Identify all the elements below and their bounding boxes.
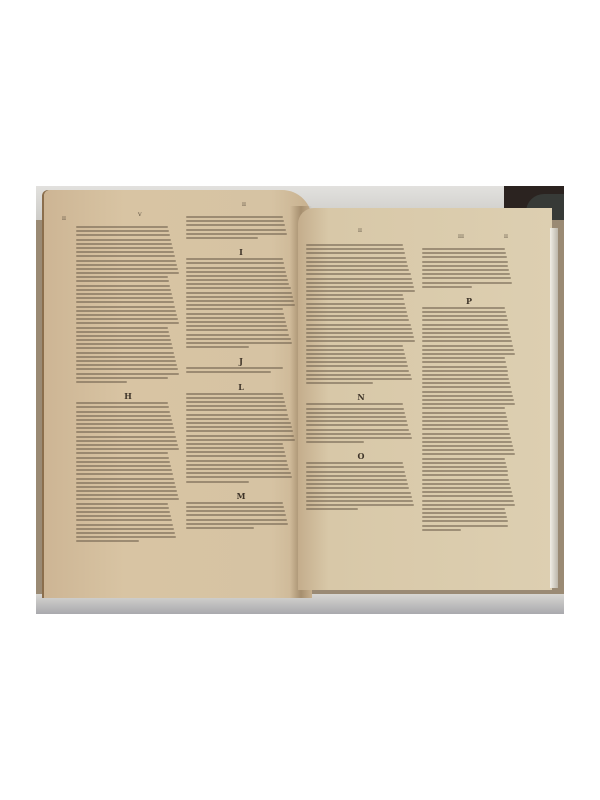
text-line bbox=[186, 510, 285, 512]
text-line bbox=[186, 476, 292, 478]
text-line bbox=[422, 487, 511, 489]
text-line bbox=[76, 431, 175, 433]
text-line bbox=[76, 243, 172, 245]
text-line bbox=[422, 479, 509, 481]
text-line bbox=[186, 283, 289, 285]
section-letter: P bbox=[422, 296, 516, 307]
text-line bbox=[306, 492, 411, 494]
text-line bbox=[186, 455, 286, 457]
text-line bbox=[76, 322, 179, 324]
text-line bbox=[306, 324, 411, 326]
text-line bbox=[76, 423, 173, 425]
text-line bbox=[186, 519, 287, 521]
text-line bbox=[306, 508, 358, 510]
text-line bbox=[186, 422, 291, 424]
text-line bbox=[76, 364, 177, 366]
text-line bbox=[186, 451, 285, 453]
text-line bbox=[186, 447, 284, 449]
text-line bbox=[422, 265, 508, 267]
text-line bbox=[422, 449, 514, 451]
text-line bbox=[306, 261, 407, 263]
text-line bbox=[422, 504, 515, 506]
text-line bbox=[186, 414, 288, 416]
text-line bbox=[186, 418, 289, 420]
text-line bbox=[422, 495, 513, 497]
section-letter: L bbox=[186, 382, 296, 393]
text-line bbox=[76, 368, 178, 370]
text-line bbox=[76, 306, 175, 308]
text-line bbox=[306, 437, 412, 439]
text-line bbox=[186, 296, 293, 298]
text-line bbox=[422, 483, 510, 485]
text-line bbox=[422, 407, 505, 409]
text-line bbox=[306, 294, 403, 296]
text-line bbox=[76, 402, 168, 404]
text-line bbox=[306, 412, 405, 414]
folio: II bbox=[242, 202, 246, 208]
text-line bbox=[422, 378, 509, 380]
text-line bbox=[76, 356, 175, 358]
text-line bbox=[422, 256, 507, 258]
text-line bbox=[422, 412, 506, 414]
text-line bbox=[186, 426, 292, 428]
text-line bbox=[422, 470, 508, 472]
text-line bbox=[306, 298, 404, 300]
text-line bbox=[422, 252, 506, 254]
text-line bbox=[186, 313, 284, 315]
folio: V bbox=[138, 212, 142, 218]
text-line bbox=[186, 367, 283, 369]
text-line bbox=[76, 230, 169, 232]
text-line bbox=[186, 514, 286, 516]
text-line bbox=[76, 540, 139, 542]
text-line bbox=[76, 436, 176, 438]
text-line bbox=[422, 269, 509, 271]
text-line bbox=[422, 395, 513, 397]
text-line bbox=[306, 487, 409, 489]
text-line bbox=[186, 393, 283, 395]
text-line bbox=[422, 399, 514, 401]
text-line bbox=[76, 331, 169, 333]
text-line bbox=[306, 273, 411, 275]
text-line bbox=[422, 433, 510, 435]
text-line bbox=[186, 267, 285, 269]
text-line bbox=[186, 216, 283, 218]
text-line bbox=[76, 515, 171, 517]
text-line bbox=[306, 433, 411, 435]
text-line bbox=[306, 282, 413, 284]
text-line bbox=[306, 475, 406, 477]
text-line bbox=[422, 491, 512, 493]
text-line bbox=[422, 500, 514, 502]
text-line bbox=[306, 332, 413, 334]
right-page: II III II NO P bbox=[298, 208, 552, 590]
text-line bbox=[306, 307, 406, 309]
text-line bbox=[306, 340, 415, 342]
text-line bbox=[306, 483, 408, 485]
text-line bbox=[186, 258, 283, 260]
text-line bbox=[422, 428, 509, 430]
text-line bbox=[306, 500, 413, 502]
text-line bbox=[76, 318, 178, 320]
text-line bbox=[422, 474, 508, 476]
text-line bbox=[76, 339, 171, 341]
text-line bbox=[306, 345, 403, 347]
text-line bbox=[186, 321, 286, 323]
text-line bbox=[422, 453, 515, 455]
text-line bbox=[422, 512, 506, 514]
text-line bbox=[76, 276, 168, 278]
text-line bbox=[76, 532, 175, 534]
text-line bbox=[422, 357, 505, 359]
text-line bbox=[306, 382, 373, 384]
text-line bbox=[186, 506, 284, 508]
text-column-3: NO bbox=[306, 244, 416, 519]
text-line bbox=[422, 361, 506, 363]
text-line bbox=[186, 237, 258, 239]
text-line bbox=[76, 335, 170, 337]
text-line bbox=[76, 465, 171, 467]
text-line bbox=[422, 420, 508, 422]
text-line bbox=[422, 441, 512, 443]
text-line bbox=[186, 502, 283, 504]
text-line bbox=[76, 352, 174, 354]
text-line bbox=[306, 420, 407, 422]
text-line bbox=[306, 504, 414, 506]
text-line bbox=[76, 461, 170, 463]
text-line bbox=[422, 416, 507, 418]
text-line bbox=[422, 386, 511, 388]
text-line bbox=[76, 293, 172, 295]
text-line bbox=[186, 430, 293, 432]
text-line bbox=[422, 340, 512, 342]
text-line bbox=[306, 408, 404, 410]
text-line bbox=[422, 286, 472, 288]
text-line bbox=[422, 445, 513, 447]
book-photo: II V II H IJLM II III II NO P bbox=[36, 186, 564, 614]
text-line bbox=[422, 311, 506, 313]
text-line bbox=[306, 303, 405, 305]
text-line bbox=[306, 257, 406, 259]
text-line bbox=[186, 308, 283, 310]
text-line bbox=[186, 329, 288, 331]
text-line bbox=[76, 528, 174, 530]
text-line bbox=[186, 275, 287, 277]
text-line bbox=[306, 403, 403, 405]
text-line bbox=[422, 332, 510, 334]
text-line bbox=[186, 233, 287, 235]
text-line bbox=[422, 324, 508, 326]
text-column-4: P bbox=[422, 248, 516, 539]
text-line bbox=[76, 381, 127, 383]
text-line bbox=[76, 260, 176, 262]
text-column-2: IJLM bbox=[186, 216, 296, 537]
text-line bbox=[306, 278, 412, 280]
text-line bbox=[186, 220, 284, 222]
text-line bbox=[76, 255, 175, 257]
text-line bbox=[76, 519, 172, 521]
text-line bbox=[76, 452, 168, 454]
text-line bbox=[186, 472, 291, 474]
text-line bbox=[422, 466, 507, 468]
text-line bbox=[422, 391, 512, 393]
text-line bbox=[76, 478, 174, 480]
text-line bbox=[422, 261, 508, 263]
text-line bbox=[76, 469, 172, 471]
text-line bbox=[186, 523, 288, 525]
text-line bbox=[76, 251, 174, 253]
text-line bbox=[422, 382, 510, 384]
text-line bbox=[76, 427, 174, 429]
text-line bbox=[76, 314, 177, 316]
text-line bbox=[76, 406, 169, 408]
text-column-1: H bbox=[76, 226, 180, 551]
text-line bbox=[306, 349, 404, 351]
text-line bbox=[186, 435, 294, 437]
text-line bbox=[422, 458, 505, 460]
text-line bbox=[306, 496, 412, 498]
page-edges bbox=[550, 228, 558, 588]
text-line bbox=[76, 444, 178, 446]
text-line bbox=[186, 397, 284, 399]
text-line bbox=[76, 297, 173, 299]
text-line bbox=[422, 328, 509, 330]
text-line bbox=[422, 319, 508, 321]
text-line bbox=[186, 300, 294, 302]
text-line bbox=[186, 287, 291, 289]
text-line bbox=[186, 443, 283, 445]
text-line bbox=[186, 346, 249, 348]
section-letter: J bbox=[186, 356, 296, 367]
text-line bbox=[76, 448, 179, 450]
text-line bbox=[422, 520, 508, 522]
text-line bbox=[422, 508, 505, 510]
text-line bbox=[306, 374, 411, 376]
text-line bbox=[306, 441, 364, 443]
text-line bbox=[76, 503, 168, 505]
text-line bbox=[186, 292, 292, 294]
text-line bbox=[76, 507, 169, 509]
text-line bbox=[422, 516, 507, 518]
text-line bbox=[186, 334, 289, 336]
text-line bbox=[306, 319, 409, 321]
text-line bbox=[422, 353, 515, 355]
text-line bbox=[306, 424, 408, 426]
text-line bbox=[76, 234, 170, 236]
text-line bbox=[186, 224, 285, 226]
text-line bbox=[76, 268, 178, 270]
text-line bbox=[422, 366, 507, 368]
text-line bbox=[76, 377, 168, 379]
text-line bbox=[76, 310, 176, 312]
text-line bbox=[76, 327, 168, 329]
text-line bbox=[186, 325, 287, 327]
text-line bbox=[306, 462, 403, 464]
left-page: II V II H IJLM bbox=[44, 190, 312, 598]
text-line bbox=[306, 290, 415, 292]
text-line bbox=[306, 244, 403, 246]
section-letter: H bbox=[76, 391, 180, 402]
text-line bbox=[422, 370, 508, 372]
text-line bbox=[186, 401, 285, 403]
folio: III bbox=[458, 234, 464, 240]
text-line bbox=[76, 289, 171, 291]
text-line bbox=[186, 371, 271, 373]
text-line bbox=[306, 328, 412, 330]
text-line bbox=[306, 479, 407, 481]
text-line bbox=[422, 462, 506, 464]
text-line bbox=[306, 429, 409, 431]
text-line bbox=[306, 361, 407, 363]
text-line bbox=[76, 226, 168, 228]
text-line bbox=[186, 439, 295, 441]
text-line bbox=[76, 490, 177, 492]
section-letter: I bbox=[186, 247, 296, 258]
text-line bbox=[76, 494, 178, 496]
text-line bbox=[306, 416, 406, 418]
text-line bbox=[422, 345, 513, 347]
text-line bbox=[76, 457, 169, 459]
text-line bbox=[76, 511, 170, 513]
text-line bbox=[76, 373, 179, 375]
text-line bbox=[422, 403, 515, 405]
text-line bbox=[186, 279, 288, 281]
text-line bbox=[306, 269, 409, 271]
text-line bbox=[186, 460, 287, 462]
text-line bbox=[422, 437, 511, 439]
text-line bbox=[76, 285, 170, 287]
text-line bbox=[306, 466, 404, 468]
text-line bbox=[76, 486, 176, 488]
text-line bbox=[186, 409, 287, 411]
text-line bbox=[76, 482, 175, 484]
text-line bbox=[186, 464, 288, 466]
text-line bbox=[186, 262, 284, 264]
text-line bbox=[76, 415, 171, 417]
text-line bbox=[422, 529, 461, 531]
text-line bbox=[76, 411, 170, 413]
text-line bbox=[76, 301, 174, 303]
text-line bbox=[306, 353, 405, 355]
text-line bbox=[306, 248, 404, 250]
text-line bbox=[76, 239, 171, 241]
text-line bbox=[306, 357, 406, 359]
text-line bbox=[186, 271, 286, 273]
text-line bbox=[186, 527, 254, 529]
text-line bbox=[186, 342, 292, 344]
text-line bbox=[306, 252, 405, 254]
section-letter: O bbox=[306, 451, 416, 462]
text-line bbox=[422, 349, 514, 351]
text-line bbox=[186, 481, 249, 483]
text-line bbox=[186, 229, 286, 231]
text-line bbox=[186, 304, 295, 306]
text-line bbox=[76, 536, 176, 538]
text-line bbox=[76, 347, 173, 349]
section-letter: M bbox=[186, 491, 296, 502]
text-line bbox=[306, 286, 414, 288]
text-line bbox=[306, 370, 409, 372]
section-letter: N bbox=[306, 392, 416, 403]
text-line bbox=[422, 315, 507, 317]
text-line bbox=[76, 264, 177, 266]
text-line bbox=[306, 265, 408, 267]
text-line bbox=[186, 317, 285, 319]
text-line bbox=[422, 424, 508, 426]
text-line bbox=[76, 360, 176, 362]
text-line bbox=[76, 440, 177, 442]
text-line bbox=[186, 338, 291, 340]
text-line bbox=[76, 524, 173, 526]
text-line bbox=[306, 336, 414, 338]
text-line bbox=[306, 378, 412, 380]
text-line bbox=[422, 307, 505, 309]
text-line bbox=[306, 315, 408, 317]
text-line bbox=[186, 405, 286, 407]
text-line bbox=[422, 277, 511, 279]
folio: II bbox=[504, 234, 508, 240]
text-line bbox=[306, 471, 405, 473]
text-line bbox=[76, 473, 173, 475]
text-line bbox=[76, 498, 179, 500]
text-line bbox=[76, 343, 172, 345]
text-line bbox=[422, 248, 505, 250]
text-line bbox=[422, 282, 512, 284]
folio: II bbox=[62, 216, 66, 222]
text-line bbox=[76, 247, 173, 249]
text-line bbox=[422, 374, 508, 376]
text-line bbox=[306, 311, 407, 313]
text-line bbox=[186, 468, 289, 470]
text-line bbox=[422, 525, 508, 527]
text-line bbox=[76, 272, 179, 274]
text-line bbox=[76, 280, 169, 282]
text-line bbox=[422, 273, 510, 275]
text-line bbox=[422, 336, 511, 338]
text-line bbox=[306, 365, 408, 367]
text-line bbox=[76, 419, 172, 421]
folio: II bbox=[358, 228, 362, 234]
